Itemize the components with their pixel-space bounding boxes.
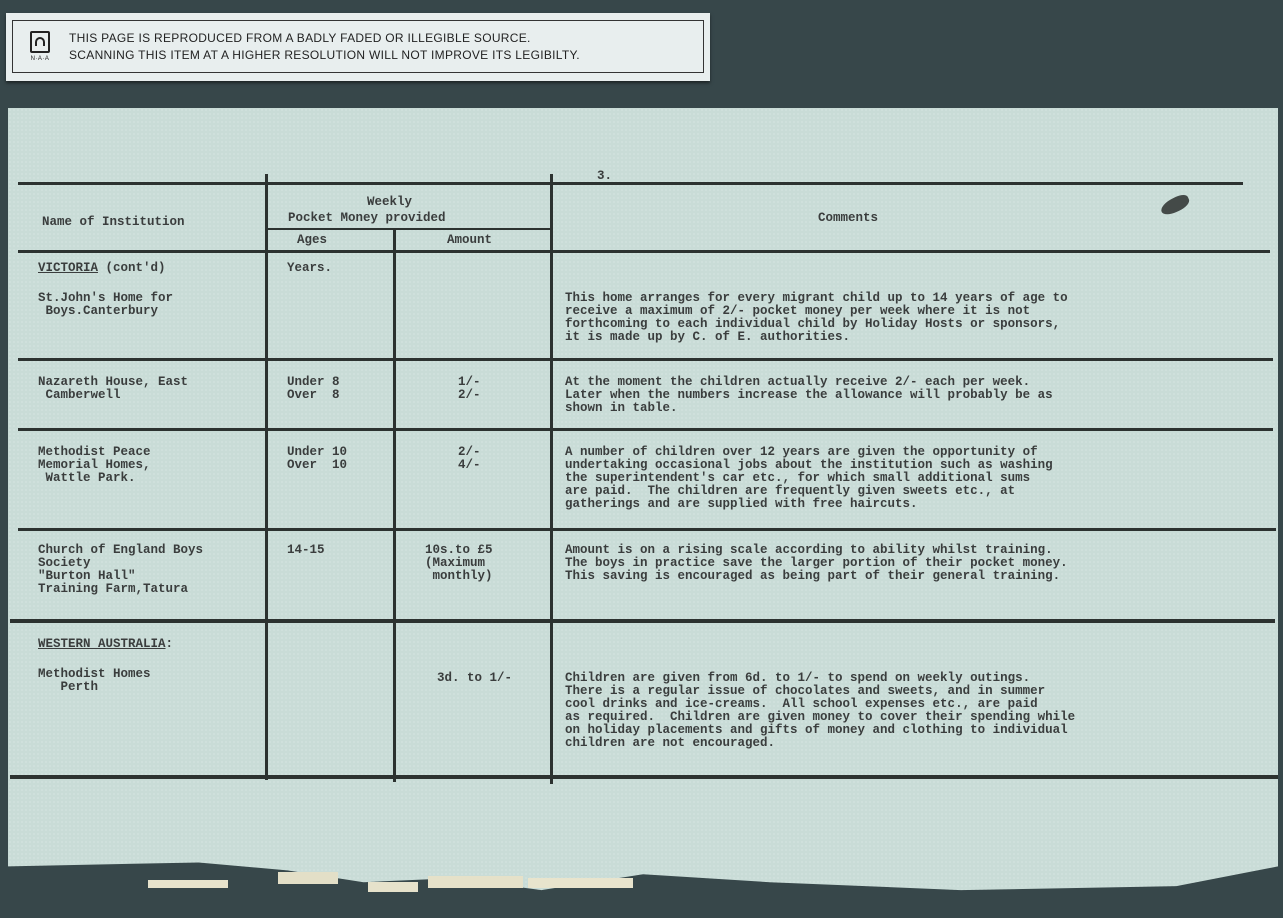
header-amount: Amount xyxy=(447,234,492,247)
section-suffix: : xyxy=(166,637,174,651)
legibility-notice-banner: N·A·A THIS PAGE IS REPRODUCED FROM A BAD… xyxy=(6,13,710,81)
institution-name: Methodist Peace Memorial Homes, Wattle P… xyxy=(38,446,151,485)
header-comments: Comments xyxy=(818,212,878,225)
naa-logo: N·A·A xyxy=(23,31,57,62)
table-bottom-rule xyxy=(10,775,1278,779)
section-suffix: (cont'd) xyxy=(98,261,166,275)
amount-value: 1/- 2/- xyxy=(458,376,481,402)
comments-text: Children are given from 6d. to 1/- to sp… xyxy=(565,672,1075,750)
column-rule xyxy=(393,230,396,782)
section-heading-western-australia: WESTERN AUSTRALIA: xyxy=(38,638,173,651)
header-pocket-money: Pocket Money provided xyxy=(288,212,446,225)
archive-building-icon xyxy=(30,31,50,53)
amount-value: 10s.to £5 (Maximum monthly) xyxy=(425,544,493,583)
comments-text: At the moment the children actually rece… xyxy=(565,376,1053,415)
ages-value: Under 8 Over 8 xyxy=(287,376,340,402)
institution-name: St.John's Home for Boys.Canterbury xyxy=(38,292,173,318)
institution-name: Methodist Homes Perth xyxy=(38,668,151,694)
section-name: VICTORIA xyxy=(38,261,98,275)
row-divider xyxy=(18,528,1276,531)
section-heading-victoria: VICTORIA (cont'd) xyxy=(38,262,166,275)
comments-text: Amount is on a rising scale according to… xyxy=(565,544,1068,583)
column-rule xyxy=(550,174,553,784)
table-top-rule xyxy=(18,182,1243,185)
ages-value: 14-15 xyxy=(287,544,325,557)
amount-value: 3d. to 1/- xyxy=(437,672,512,685)
institution-name: Church of England Boys Society "Burton H… xyxy=(38,544,203,596)
amount-value: 2/- 4/- xyxy=(458,446,481,472)
notice-line-1: THIS PAGE IS REPRODUCED FROM A BADLY FAD… xyxy=(69,30,580,47)
header-institution: Name of Institution xyxy=(42,216,185,229)
column-rule xyxy=(265,174,268,780)
ages-value: Under 10 Over 10 xyxy=(287,446,347,472)
header-weekly: Weekly xyxy=(367,196,412,209)
ages-value: Years. xyxy=(287,262,332,275)
section-name: WESTERN AUSTRALIA xyxy=(38,637,166,651)
row-divider xyxy=(18,358,1273,361)
section-divider xyxy=(10,619,1275,623)
header-ages: Ages xyxy=(297,234,327,247)
pocket-money-underline xyxy=(268,228,553,230)
header-bottom-rule xyxy=(18,250,1270,253)
row-divider xyxy=(18,428,1273,431)
comments-text: This home arranges for every migrant chi… xyxy=(565,292,1068,344)
notice-line-2: SCANNING THIS ITEM AT A HIGHER RESOLUTIO… xyxy=(69,47,580,64)
naa-logo-caption: N·A·A xyxy=(31,56,50,62)
comments-text: A number of children over 12 years are g… xyxy=(565,446,1053,511)
institution-name: Nazareth House, East Camberwell xyxy=(38,376,188,402)
